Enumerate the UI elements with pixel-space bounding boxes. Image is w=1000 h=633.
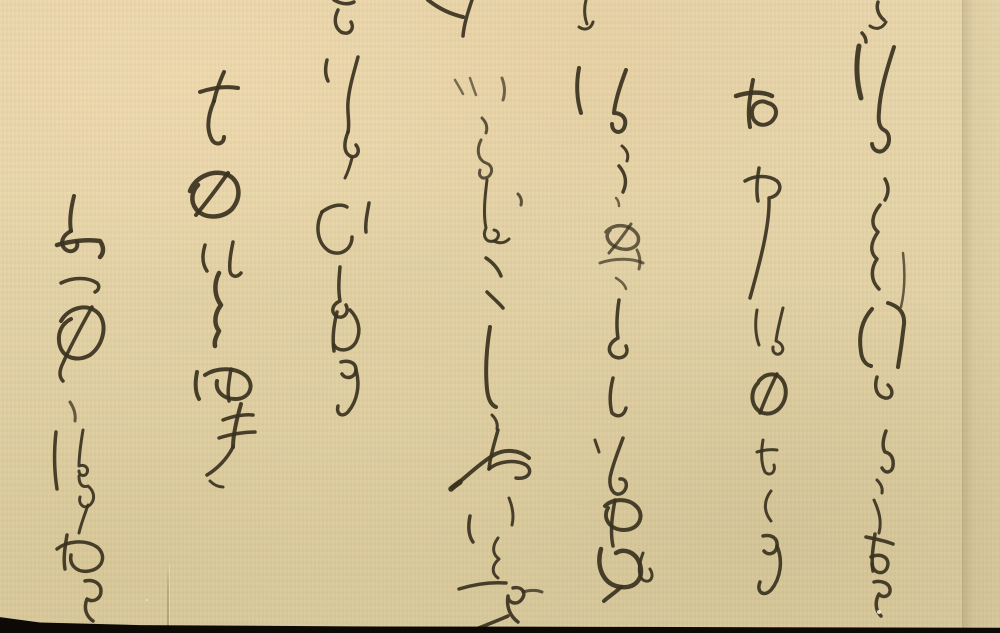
brush-stroke (230, 242, 241, 276)
brush-stroke (203, 245, 207, 271)
brush-stroke (482, 118, 487, 133)
brush-stroke (79, 430, 88, 475)
brush-stroke (757, 450, 777, 452)
brush-stroke (882, 431, 893, 472)
brush-stroke (600, 259, 643, 263)
brush-stroke (345, 158, 352, 178)
brush-stroke (604, 587, 621, 601)
brush-stroke (762, 440, 775, 474)
brush-stroke (428, 0, 463, 17)
brush-stroke (870, 22, 886, 28)
brush-stroke (486, 327, 496, 407)
text-column-col-2 (736, 80, 786, 594)
brush-stroke (888, 303, 904, 367)
text-column-col-3 (577, 0, 652, 601)
brush-stroke (334, 0, 354, 4)
brush-stroke (469, 516, 473, 542)
brush-stroke (348, 57, 358, 132)
brush-stroke (451, 482, 460, 489)
text-column-col-1 (857, 2, 904, 616)
brush-stroke (860, 309, 872, 366)
brush-stroke (70, 402, 75, 421)
text-column-col-5 (318, 0, 369, 415)
brush-stroke (333, 267, 347, 317)
brush-stroke (502, 78, 504, 100)
brush-stroke (609, 300, 627, 358)
brush-stroke (874, 500, 880, 533)
brush-stroke (523, 591, 542, 593)
brush-stroke (70, 196, 74, 231)
brush-stroke (763, 535, 777, 553)
brush-stroke (752, 101, 776, 124)
brush-stroke (612, 500, 615, 546)
brush-stroke (85, 580, 101, 621)
brush-stroke (341, 361, 356, 377)
brush-stroke (478, 140, 491, 178)
brush-stroke (207, 447, 233, 475)
brush-stroke (208, 101, 224, 144)
brush-stroke (459, 583, 506, 589)
brush-stroke (605, 500, 641, 530)
brush-stroke (470, 78, 476, 95)
brush-stroke (210, 481, 223, 487)
brush-stroke (736, 93, 772, 96)
brush-stroke (619, 166, 626, 192)
brush-stroke (79, 476, 94, 507)
brush-stroke (885, 179, 888, 200)
brush-stroke (577, 68, 581, 113)
text-column-col-4 (428, 0, 542, 629)
brush-stroke (64, 535, 67, 569)
brush-stroke (55, 432, 57, 489)
paper-speck (146, 599, 148, 601)
text-column-col-7 (55, 196, 104, 621)
brush-stroke (489, 462, 530, 479)
brush-stroke (61, 279, 99, 293)
brush-stroke (901, 253, 904, 307)
brush-stroke (219, 432, 255, 438)
paper-speck (877, 610, 881, 614)
brush-stroke (585, 0, 587, 24)
brush-stroke (610, 378, 626, 416)
brush-stroke (366, 203, 369, 232)
brush-stroke (757, 168, 759, 201)
brush-stroke (616, 198, 619, 206)
brush-stroke (765, 491, 771, 521)
brush-stroke (335, 10, 352, 33)
brush-stroke (756, 310, 759, 345)
brush-stroke (745, 177, 780, 299)
brush-stroke (866, 537, 893, 544)
brush-stroke (877, 2, 884, 20)
brush-stroke (455, 80, 463, 94)
brush-stroke (345, 132, 358, 157)
brush-stroke (616, 278, 626, 289)
brush-stroke (200, 87, 238, 92)
brush-stroke (509, 498, 513, 525)
brush-stroke (612, 70, 626, 132)
calligraphy-ink-layer (0, 0, 1000, 633)
brush-stroke (862, 33, 866, 42)
brush-stroke (876, 377, 892, 398)
brush-stroke (318, 212, 352, 253)
brush-stroke (622, 146, 628, 161)
brush-stroke (486, 258, 501, 276)
brush-stroke (492, 415, 497, 429)
brush-stroke (595, 440, 599, 452)
brush-stroke (857, 46, 861, 98)
brush-stroke (487, 292, 503, 308)
brush-stroke (610, 438, 626, 494)
brush-stroke (877, 480, 882, 493)
brush-stroke (484, 180, 498, 241)
brush-stroke (228, 369, 231, 401)
brush-stroke (215, 273, 221, 346)
brush-stroke (508, 588, 524, 622)
text-column-col-6 (190, 72, 255, 487)
brush-stroke (326, 60, 328, 81)
brush-stroke (872, 47, 894, 151)
brush-stroke (322, 205, 347, 212)
brush-stroke (518, 194, 521, 205)
manuscript-photo (0, 0, 1000, 633)
brush-stroke (233, 404, 241, 447)
brush-stroke (872, 205, 880, 289)
brush-stroke (79, 505, 88, 533)
brush-stroke (196, 372, 199, 399)
brush-stroke (773, 308, 783, 354)
brush-stroke (59, 307, 104, 358)
brush-stroke (599, 549, 641, 587)
brush-stroke (493, 538, 499, 578)
